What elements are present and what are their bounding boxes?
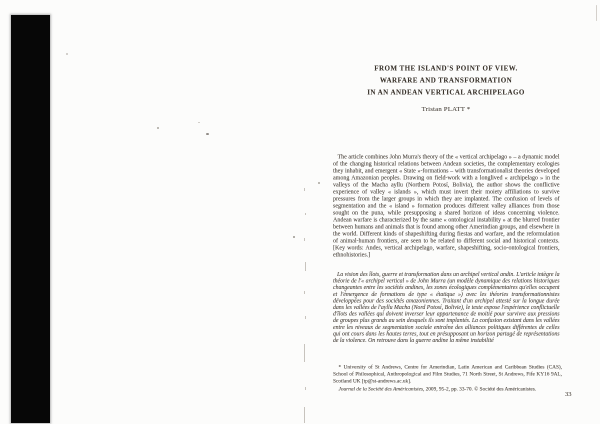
page-edge-line [596, 5, 597, 21]
author-line: Tristan PLATT * [333, 105, 559, 113]
gutter-dash [304, 291, 305, 294]
scan-binding-bar [11, 15, 50, 423]
article-title-line-2: WARFARE AND TRANSFORMATION [333, 75, 559, 87]
gutter-dash [305, 213, 306, 215]
scan-speck [293, 236, 295, 238]
author-affiliation-footnote: * University of St Andrews, Centre for A… [333, 364, 562, 385]
scanned-page: { "doc": { "title_lines": [ "FROM THE IS… [0, 0, 600, 424]
journal-citation: Journal de la Société des Américanistes,… [333, 386, 562, 393]
scan-speck [198, 122, 200, 123]
gutter-dash [304, 238, 305, 241]
scan-speck [206, 133, 209, 135]
abstract-french: La vision des îlots, guerre et transform… [333, 271, 560, 344]
scan-speck [318, 182, 320, 184]
abstract-english: The article combines John Murra's theory… [333, 153, 560, 258]
page-number: 33 [565, 390, 572, 398]
gutter-dash [305, 316, 306, 319]
journal-name: Journal de la Société des Américanistes, [339, 387, 425, 393]
gutter-dash [304, 188, 305, 191]
article-title: FROM THE ISLAND'S POINT OF VIEW. WARFARE… [333, 63, 559, 99]
scan-speck [157, 127, 159, 129]
gutter-dash [305, 387, 306, 390]
article-title-line-1: FROM THE ISLAND'S POINT OF VIEW. [333, 63, 559, 75]
journal-citation-rest: 2009, 95-2, pp. 33-70. © Société des Amé… [424, 387, 536, 393]
gutter-dash [304, 344, 305, 362]
gutter-dash [305, 262, 306, 271]
gutter-dash [304, 407, 305, 423]
scan-speck [66, 53, 68, 55]
article-title-line-3: IN AN ANDEAN VERTICAL ARCHIPELAGO [333, 87, 559, 99]
